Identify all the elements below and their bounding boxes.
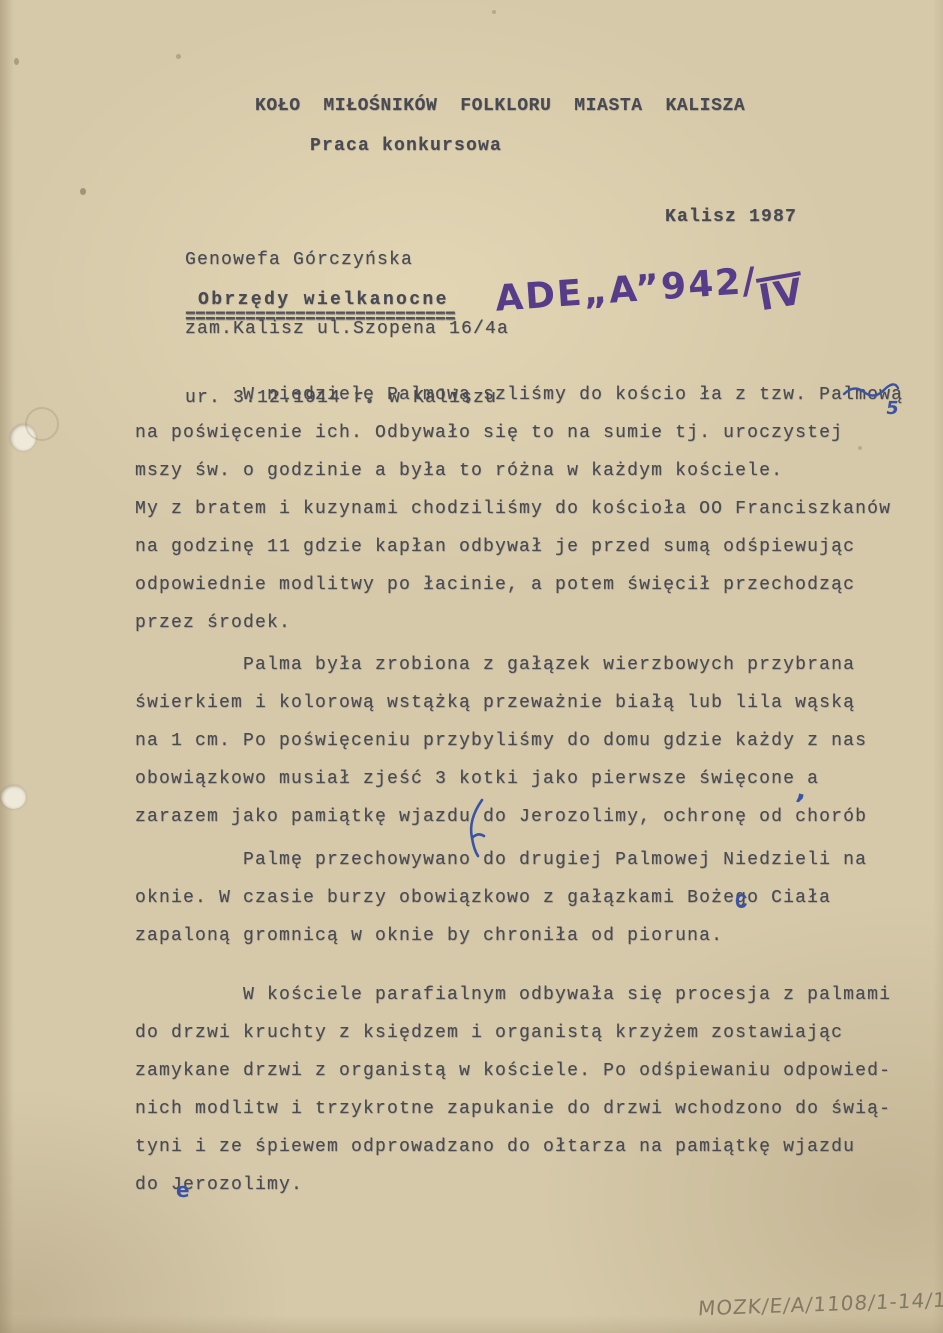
archive-ref-suffix: IV [755, 271, 806, 314]
archive-ref-prefix: ADE„A”942/ [494, 260, 759, 319]
text-line: W niedzielę Palmową szliśmy do kościo ła… [135, 376, 925, 414]
paper-speck [80, 188, 86, 195]
text-line: odpowiednie modlitwy po łacinie, a potem… [135, 566, 925, 604]
text-line: do Jerozolimy. [135, 1166, 925, 1204]
title-underline: =========================== [185, 307, 455, 330]
text-line: przez środek. [135, 604, 925, 642]
punch-hole-emboss-ring [25, 407, 59, 441]
pencil-catalog-number: MOZK/E/A/1108/1-14/1 [697, 1288, 943, 1321]
pen-letter-e-correction: e [176, 1178, 190, 1202]
pen-letter-c-correction: C [735, 892, 748, 915]
pen-j-stroke [462, 798, 488, 860]
header-subtitle: Praca konkursowa [310, 136, 502, 156]
header-organization: KOŁO MIŁOŚNIKÓW FOLKLORU MIASTA KALISZA [255, 96, 745, 116]
text-line: do drzwi kruchty z księdzem i organistą … [135, 1014, 925, 1052]
text-line: Palma była zrobiona z gałązek wierzbowyc… [135, 646, 925, 684]
text-line: na godzinę 11 gdzie kapłan odbywał je pr… [135, 528, 925, 566]
text-line: W kościele parafialnym odbywała się proc… [135, 976, 925, 1014]
text-line: zamykane drzwi z organistą w kościele. P… [135, 1052, 925, 1090]
text-line: My z bratem i kuzynami chodziliśmy do ko… [135, 490, 925, 528]
text-line: na 1 cm. Po poświęceniu przybyliśmy do d… [135, 722, 925, 760]
text-line: Palmę przechowywano do drugiej Palmowej … [135, 841, 925, 879]
paragraph-procession: W kościele parafialnym odbywała się proc… [135, 976, 925, 1204]
punch-hole-bottom [1, 785, 26, 809]
document-page: KOŁO MIŁOŚNIKÓW FOLKLORU MIASTA KALISZA … [0, 0, 943, 1333]
paragraph-palm-sunday: W niedzielę Palmową szliśmy do kościo ła… [135, 376, 925, 642]
text-line: oknie. W czasie burzy obowiązkowo z gałą… [135, 879, 925, 917]
text-line: zapaloną gromnicą w oknie by chroniła od… [135, 917, 925, 955]
text-line: nich modlitw i trzykrotne zapukanie do d… [135, 1090, 925, 1128]
paper-speck [492, 10, 496, 14]
dateline: Kalisz 1987 [665, 207, 797, 227]
paragraph-palm-keeping: Palmę przechowywano do drugiej Palmowej … [135, 841, 925, 955]
text-line: świerkiem i kolorową wstążką przeważnie … [135, 684, 925, 722]
text-line: mszy św. o godzinie a była to różna w ka… [135, 452, 925, 490]
paper-speck [176, 54, 181, 59]
text-line: tyni i ze śpiewem odprowadzano do ołtarz… [135, 1128, 925, 1166]
author-name: Genowefa Górczyńska [185, 249, 509, 272]
paragraph-palm-making: Palma była zrobiona z gałązek wierzbowyc… [135, 646, 925, 836]
paper-speck [14, 58, 19, 65]
text-line: na poświęcenie ich. Odbywało się to na s… [135, 414, 925, 452]
handwritten-archive-reference: ADE„A”942/IV [494, 257, 804, 319]
text-line: zarazem jako pamiątkę wjazdu do Jerozoli… [135, 798, 925, 836]
